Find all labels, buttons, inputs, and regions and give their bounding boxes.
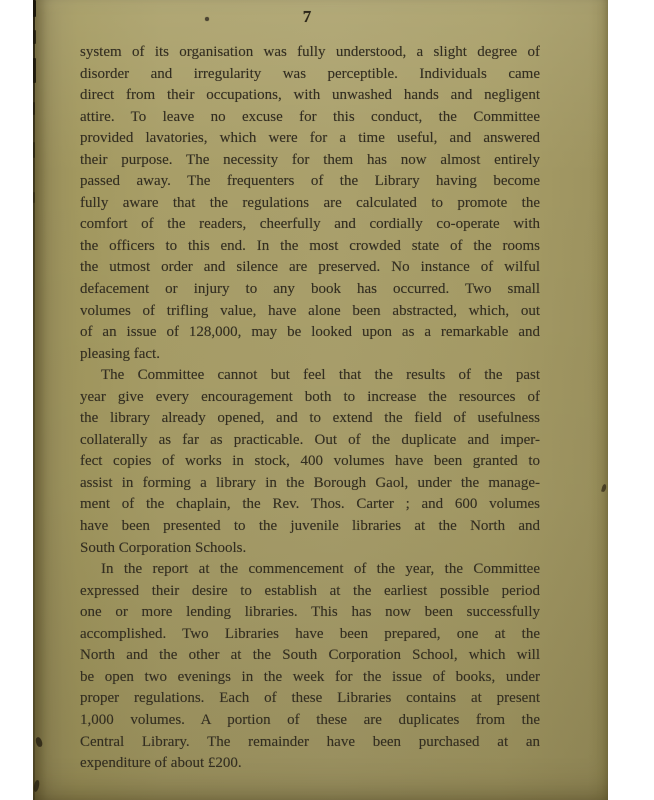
text-line: the officers to this end. In the most cr… — [80, 236, 540, 258]
text-line: collaterally as far as practicable. Out … — [80, 430, 540, 452]
text-line: fully aware that the regulations are cal… — [80, 193, 540, 215]
paragraph: In the report at the commencement of the… — [80, 559, 540, 774]
text-line: one or more lending libraries. This has … — [80, 602, 540, 624]
text-line: be open two evenings in the week for the… — [80, 667, 540, 689]
text-line: the library already opened, and to exten… — [80, 408, 540, 430]
paragraph: system of its organisation was fully und… — [80, 42, 540, 365]
text-line: expenditure of about £200. — [80, 753, 540, 775]
text-line: of an issue of 128,000, may be looked up… — [80, 322, 540, 344]
text-line: provided lavatories, which were for a ti… — [80, 128, 540, 150]
binding-mark — [33, 102, 35, 115]
ink-mark-bottom-left — [35, 736, 43, 747]
text-line: defacement or injury to any book has occ… — [80, 279, 540, 301]
text-line: disorder and irregularity was perceptibl… — [80, 64, 540, 86]
binding-gutter-line — [33, 0, 35, 800]
text-line: 1,000 volumes. A portion of these are du… — [80, 710, 540, 732]
binding-mark — [33, 58, 36, 83]
binding-mark — [33, 0, 36, 17]
text-line: North and the other at the South Corpora… — [80, 645, 540, 667]
text-line: accomplished. Two Libraries have been pr… — [80, 624, 540, 646]
text-line: year give every encouragement both to in… — [80, 387, 540, 409]
binding-mark — [33, 142, 35, 158]
text-line: South Corporation Schools. — [80, 538, 540, 560]
binding-mark — [33, 30, 36, 44]
paragraph: The Committee cannot but feel that the r… — [80, 365, 540, 559]
text-line: comfort of the readers, cheerfully and c… — [80, 214, 540, 236]
text-line: their purpose. The necessity for them ha… — [80, 150, 540, 172]
text-line: direct from their occupations, with unwa… — [80, 85, 540, 107]
ink-dot — [205, 17, 209, 21]
text-line: attire. To leave no excuse for this cond… — [80, 107, 540, 129]
text-line: assist in forming a library in the Borou… — [80, 473, 540, 495]
binding-mark — [33, 192, 35, 203]
text-line: system of its organisation was fully und… — [80, 42, 540, 64]
text-line: pleasing fact. — [80, 344, 540, 366]
book-page: 7 system of its organisation was fully u… — [33, 0, 608, 800]
text-line: proper regulations. Each of these Librar… — [80, 688, 540, 710]
scanned-book-page-canvas: 7 system of its organisation was fully u… — [0, 0, 654, 800]
text-line: passed away. The frequenters of the Libr… — [80, 171, 540, 193]
text-line: volumes of trifling value, have alone be… — [80, 301, 540, 323]
text-line: expressed their desire to establish at t… — [80, 581, 540, 603]
ink-mark-right-margin — [601, 484, 607, 493]
text-line: ment of the chaplain, the Rev. Thos. Car… — [80, 494, 540, 516]
ink-mark-bottom-left — [33, 780, 40, 793]
text-line: fect copies of works in stock, 400 volum… — [80, 451, 540, 473]
page-number: 7 — [295, 7, 319, 27]
text-line: the utmost order and silence are preserv… — [80, 257, 540, 279]
text-line: The Committee cannot but feel that the r… — [80, 365, 540, 387]
text-block: system of its organisation was fully und… — [80, 42, 540, 775]
text-line: Central Library. The remainder have been… — [80, 732, 540, 754]
text-line: have been presented to the juvenile libr… — [80, 516, 540, 538]
text-line: In the report at the commencement of the… — [80, 559, 540, 581]
